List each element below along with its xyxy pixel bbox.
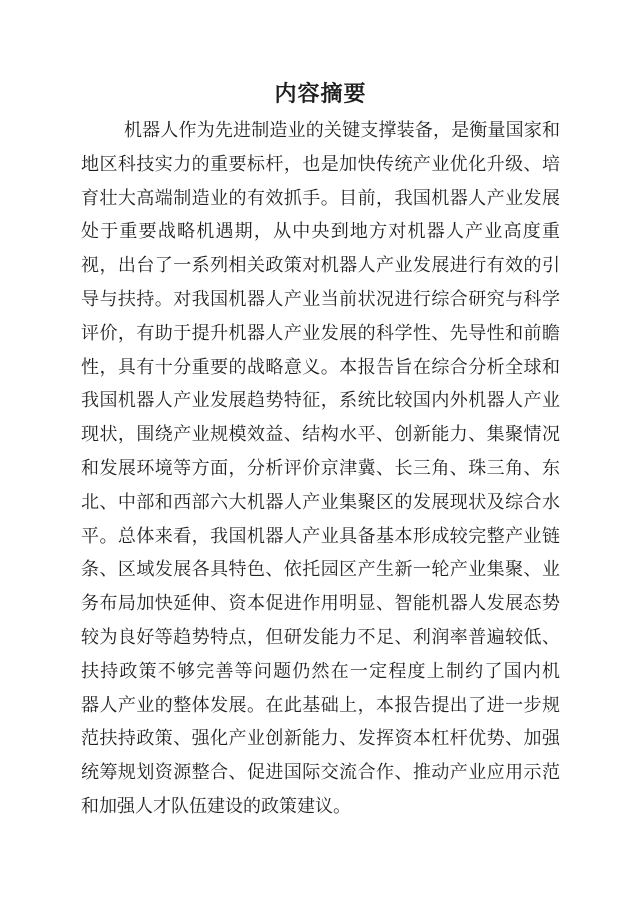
- paragraph-line: 现状，围绕产业规模效益、结构水平、创新能力、集聚情况: [81, 418, 560, 452]
- paragraph-line: 务布局加快延伸、资本促进作用明显、智能机器人发展态势: [81, 587, 560, 621]
- paragraph-line: 处于重要战略机遇期，从中央到地方对机器人产业高度重: [81, 215, 560, 249]
- paragraph-line: 条、区域发展各具特色、依托园区产生新一轮产业集聚、业: [81, 553, 560, 587]
- paragraph-line: 平。总体来看，我国机器人产业具备基本形成较完整产业链: [81, 520, 560, 554]
- paragraph-line: 范扶持政策、强化产业创新能力、发挥资本杠杆优势、加强: [81, 722, 560, 756]
- abstract-paragraph: 机器人作为先进制造业的关键支撑装备，是衡量国家和 地区科技实力的重要标杆，也是加…: [81, 114, 560, 824]
- paragraph-line: 我国机器人产业发展趋势特征，系统比较国内外机器人产业: [81, 384, 560, 418]
- paragraph-line: 地区科技实力的重要标杆，也是加快传统产业优化升级、培: [81, 148, 560, 182]
- paragraph-line: 性，具有十分重要的战略意义。本报告旨在综合分析全球和: [81, 351, 560, 385]
- paragraph-line: 北、中部和西部六大机器人产业集聚区的发展现状及综合水: [81, 486, 560, 520]
- paragraph-line: 机器人作为先进制造业的关键支撑装备，是衡量国家和: [81, 114, 560, 148]
- page-title: 内容摘要: [81, 80, 560, 108]
- paragraph-line: 较为良好等趋势特点，但研发能力不足、利润率普遍较低、: [81, 621, 560, 655]
- paragraph-line: 器人产业的整体发展。在此基础上，本报告提出了进一步规: [81, 689, 560, 723]
- paragraph-line: 育壮大高端制造业的有效抓手。目前，我国机器人产业发展: [81, 182, 560, 216]
- paragraph-line: 统筹规划资源整合、促进国际交流合作、推动产业应用示范: [81, 756, 560, 790]
- document-page: 内容摘要 机器人作为先进制造业的关键支撑装备，是衡量国家和 地区科技实力的重要标…: [0, 0, 640, 905]
- paragraph-line: 视，出台了一系列相关政策对机器人产业发展进行有效的引: [81, 249, 560, 283]
- paragraph-line: 导与扶持。对我国机器人产业当前状况进行综合研究与科学: [81, 283, 560, 317]
- paragraph-line: 评价，有助于提升机器人产业发展的科学性、先导性和前瞻: [81, 317, 560, 351]
- paragraph-line: 和发展环境等方面，分析评价京津冀、长三角、珠三角、东: [81, 452, 560, 486]
- paragraph-line: 扶持政策不够完善等问题仍然在一定程度上制约了国内机: [81, 655, 560, 689]
- paragraph-line: 和加强人才队伍建设的政策建议。: [81, 790, 560, 824]
